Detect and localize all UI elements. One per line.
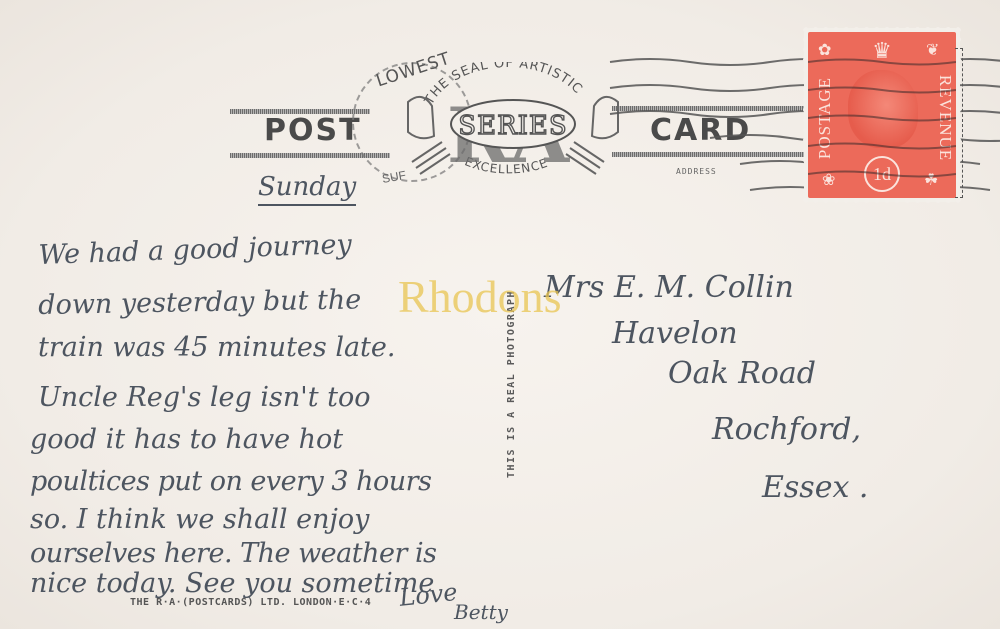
stamp-cancel-lines-icon — [808, 32, 956, 198]
svg-text:SERIES: SERIES — [458, 111, 567, 141]
publisher-imprint: THE R·A·(POSTCARDS) LTD. LONDON·E·C·4 — [130, 597, 371, 608]
header-post: POST — [264, 113, 362, 148]
address-line: Mrs E. M. Collin — [544, 270, 794, 305]
message-line: ourselves here. The weather is — [30, 538, 436, 569]
address-line: Havelon — [612, 316, 738, 351]
postage-stamp: ♛ ✿ ❦ ❀ ☘ POSTAGE REVENUE 1d — [808, 32, 956, 198]
message-signoff: Love — [398, 578, 459, 612]
message-day: Sunday — [258, 172, 356, 206]
message-line: nice today. See you sometime — [30, 568, 434, 599]
stamp-box-outline — [955, 48, 963, 198]
message-line: We had a good journey — [38, 229, 352, 271]
watermark: Rhodons — [398, 270, 562, 323]
message-line: train was 45 minutes late. — [38, 332, 395, 363]
address-line: Rochford, — [712, 412, 861, 447]
address-line: Oak Road — [668, 356, 816, 391]
message-line: Uncle Reg's leg isn't too — [38, 382, 371, 413]
message-line: down yesterday but the — [38, 284, 361, 321]
message-line: good it has to have hot — [30, 424, 343, 455]
ra-series-emblem-icon: THE SEAL OF ARTISTIC EXCELLENCE RA SERIE… — [378, 62, 638, 182]
message-line: poultices put on every 3 hours — [30, 466, 431, 497]
address-line: Essex . — [762, 470, 868, 505]
message-line: so. I think we shall enjoy — [30, 504, 369, 535]
message-signature: Betty — [454, 600, 508, 624]
postcard-back: POST CARD ADDRESS LOWEST SUF THE SEAL OF… — [0, 0, 1000, 629]
